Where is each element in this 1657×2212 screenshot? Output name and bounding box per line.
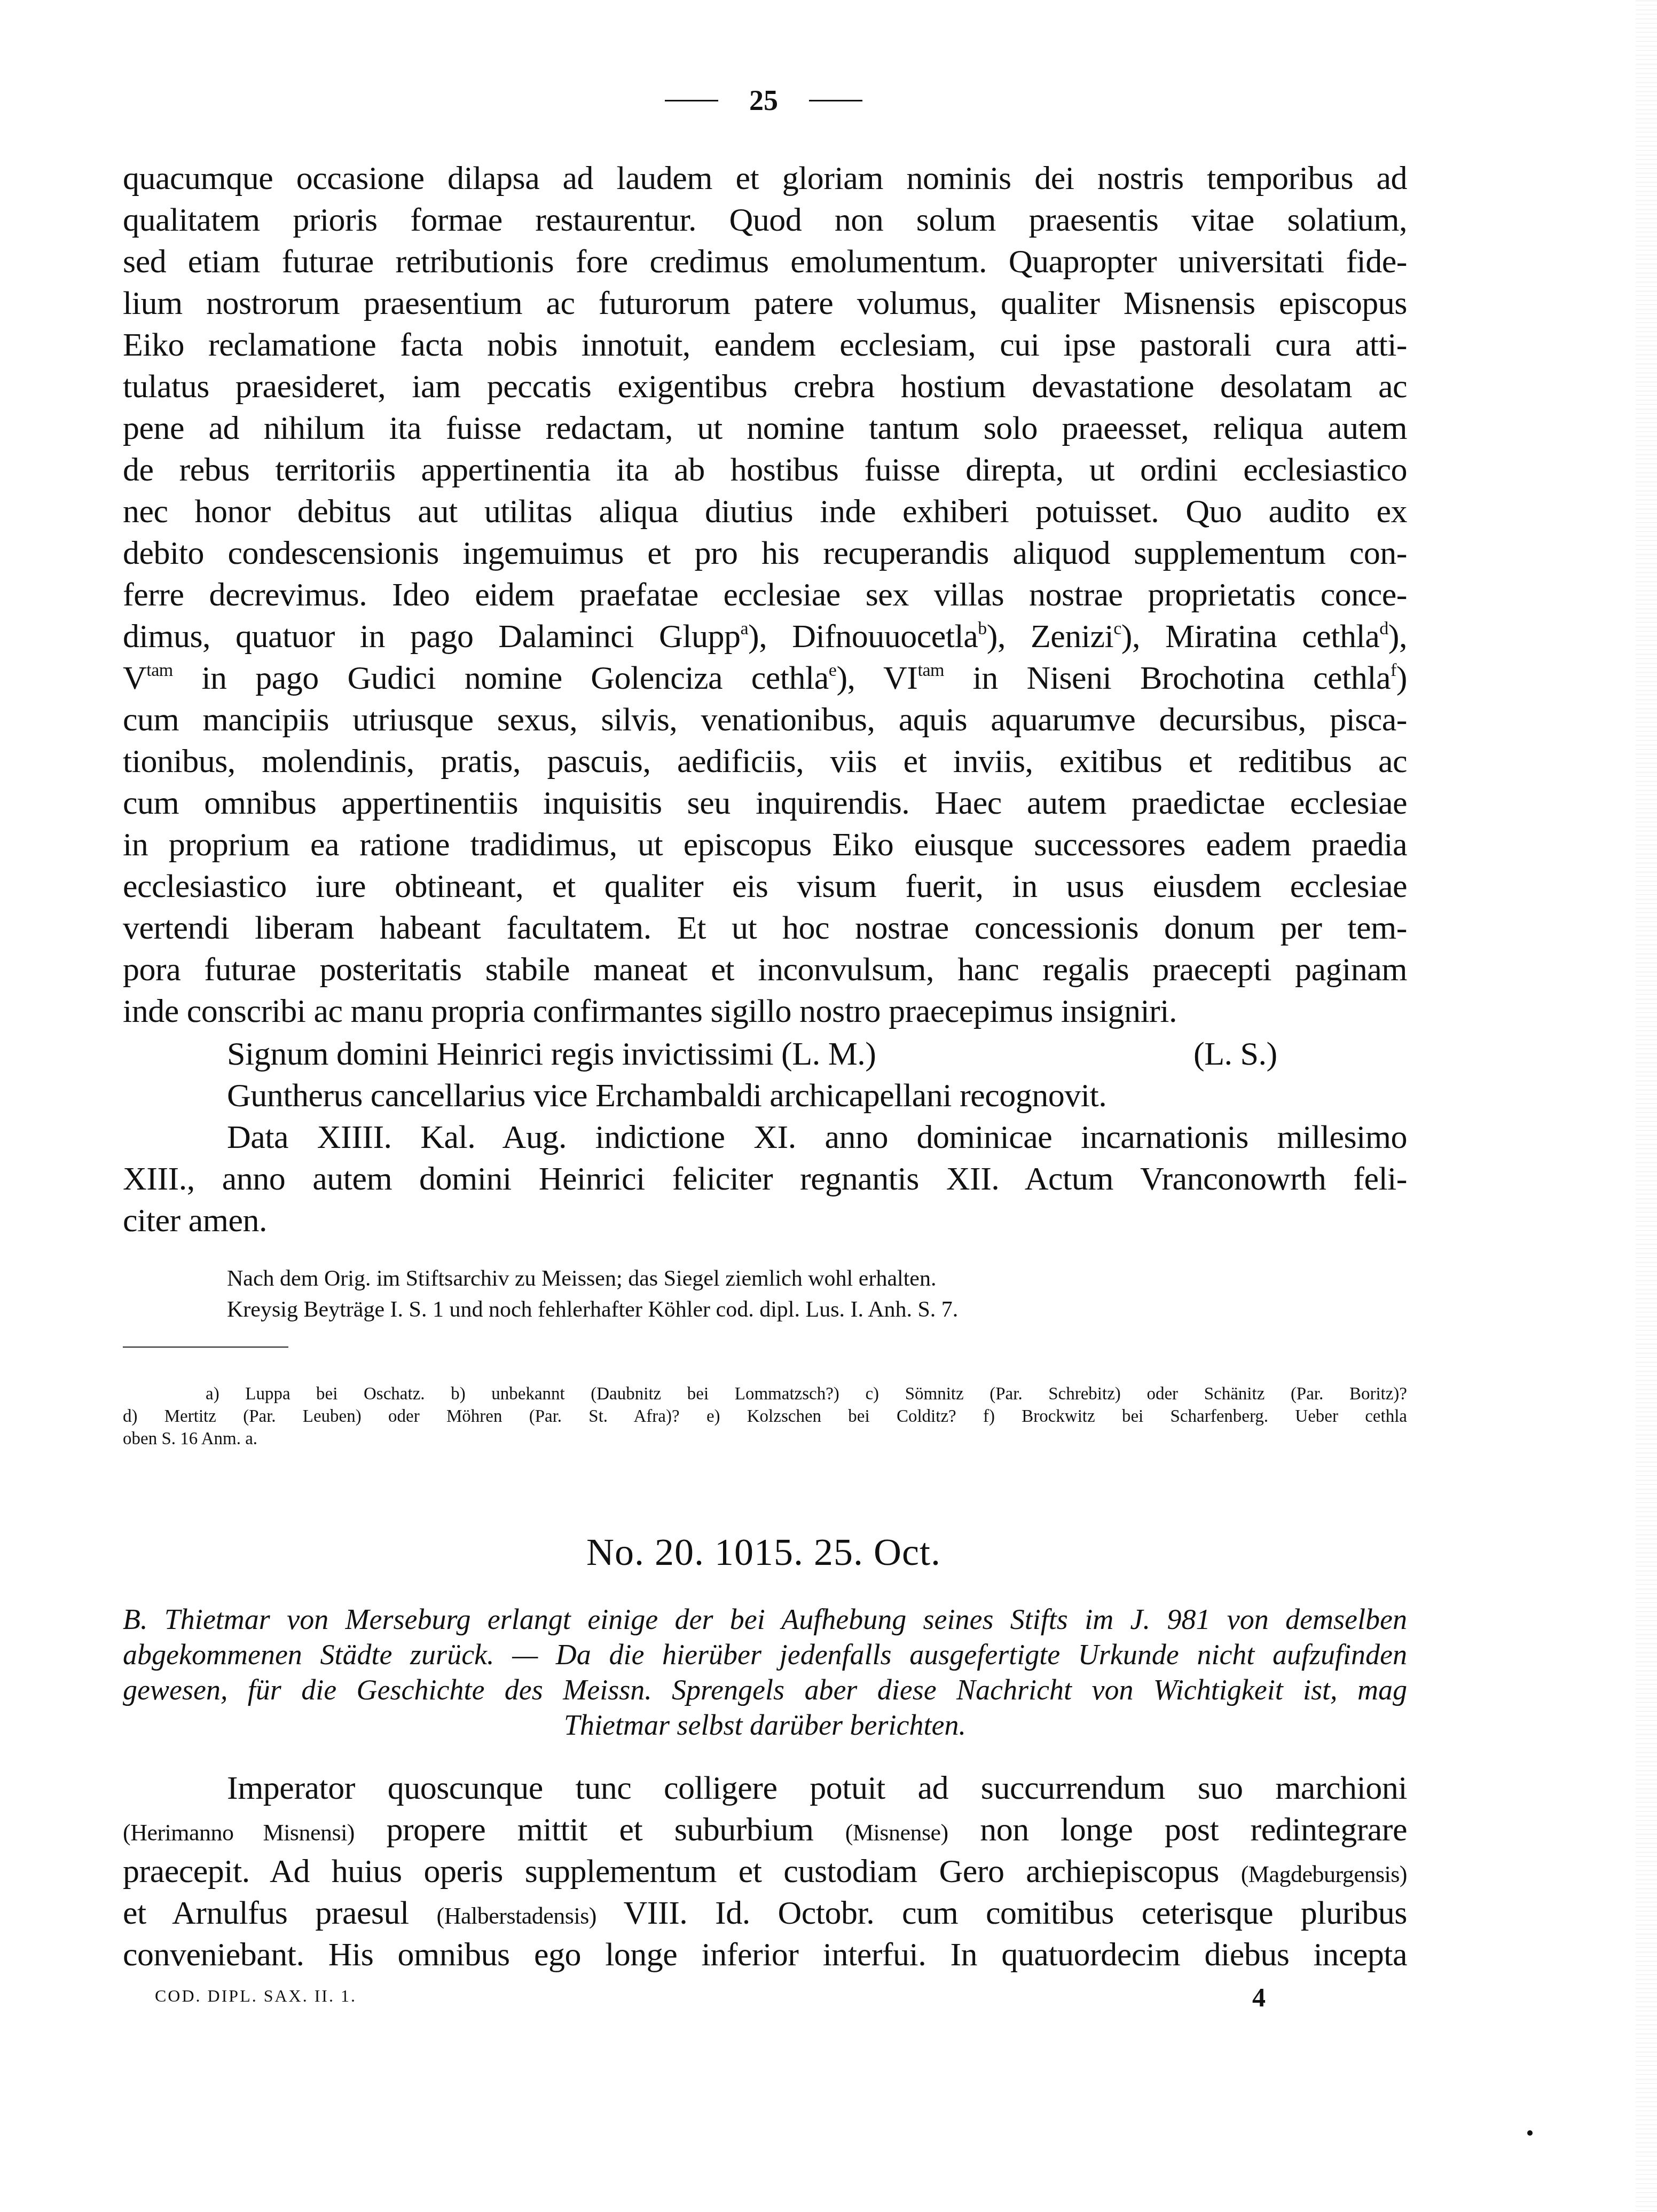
footnote-mark-e[interactable]: e [829, 660, 837, 680]
text-segment: dimus, quatuor in pago Dalaminci Glupp [123, 618, 741, 655]
text-line: pene ad nihilum ita fuisse redactam, ut … [123, 407, 1407, 449]
footnote-line: a) Luppa bei Oschatz. b) unbekannt (Daub… [206, 1383, 1407, 1405]
gloss: (Herimanno Misnensi) [123, 1820, 355, 1846]
text-segment: in pago Gudici nomine Golenciza cethla [173, 660, 829, 696]
villages-line-1: dimus, quatuor in pago Dalaminci Gluppa)… [123, 616, 1407, 657]
text-line: vertendi liberam habeant facultatem. Et … [123, 907, 1407, 949]
text-line: tionibus, molendinis, pratis, pascuis, a… [123, 741, 1407, 782]
gloss: (Halberstadensis) [437, 1903, 596, 1929]
text-line: quacumque occasione dilapsa ad laudem et… [123, 158, 1407, 199]
dating-line: Data XIIII. Kal. Aug. indictione XI. ann… [227, 1116, 1407, 1158]
text-line: cum mancipiis utriusque sexus, silvis, v… [123, 699, 1407, 741]
text-segment: et Arnulfus praesul [123, 1895, 437, 1931]
ordinal-superscript: tam [917, 660, 944, 680]
footnote-mark-a[interactable]: a [741, 619, 749, 639]
text-segment: propere mittit et suburbium [355, 1812, 845, 1848]
text-segment: ), [1388, 618, 1407, 655]
footnote-mark-d[interactable]: d [1379, 619, 1388, 639]
footnote-mark-b[interactable]: b [978, 619, 987, 639]
text-line: in proprium ea ratione tradidimus, ut ep… [123, 824, 1407, 865]
title-prefix: No [586, 1531, 634, 1573]
text-line: Eiko reclamatione facta nobis innotuit, … [123, 324, 1407, 366]
ordinal-superscript: tam [146, 660, 172, 680]
text-line: nec honor debitus aut utilitas aliqua di… [123, 491, 1407, 532]
text-line: de rebus territoriis appertinentia ita a… [123, 449, 1407, 491]
scan-edge-artifact [1636, 0, 1657, 2212]
text-segment: ), Difnouuocetla [748, 618, 978, 655]
text-line: pora futurae posteritatis stabile maneat… [123, 949, 1407, 990]
footnote-mark-c[interactable]: c [1113, 619, 1121, 639]
header-rule-left [665, 100, 718, 101]
text-line: tulatus praesideret, iam peccatis exigen… [123, 366, 1407, 407]
text-segment: V [123, 660, 146, 696]
regest-line: gewesen, für die Geschichte des Meissn. … [123, 1672, 1407, 1707]
body-line: conveniebant. His omnibus ego longe infe… [123, 1934, 1407, 1975]
text-segment: ), Zenizi [987, 618, 1113, 655]
dating-line: citer amen. [123, 1200, 1407, 1241]
page-number: 25 [749, 84, 778, 117]
text-line: lium nostrorum praesentium ac futurorum … [123, 282, 1407, 324]
seal-mark: (L. S.) [1193, 1033, 1407, 1075]
page-header: 25 [635, 79, 892, 122]
text-line: sed etiam futurae retributionis fore cre… [123, 241, 1407, 282]
text-segment: non longe post redintegrare [948, 1812, 1407, 1848]
document-title: No. 20. 1015. 25. Oct. [0, 1528, 1527, 1576]
text-line: cum omnibus appertinentiis inquisitis se… [123, 782, 1407, 824]
header-rule-right [809, 100, 862, 101]
text-line: inde conscribi ac manu propria confirman… [123, 990, 1407, 1032]
body-line: praecepit. Ad huius operis supplementum … [123, 1851, 1407, 1892]
dating-line: XIII., anno autem domini Heinrici felici… [123, 1158, 1407, 1200]
text-line: qualitatem prioris formae restaurentur. … [123, 199, 1407, 241]
villages-line-2: Vtam in pago Gudici nomine Golenciza cet… [123, 657, 1407, 699]
text-line: ecclesiastico iure obtineant, et qualite… [123, 865, 1407, 907]
text-line: ferre decrevimus. Ideo eidem praefatae e… [123, 574, 1407, 616]
body-line: et Arnulfus praesul (Halberstadensis) VI… [123, 1892, 1407, 1934]
gloss: (Magdeburgensis) [1241, 1861, 1407, 1887]
footnote-line: oben S. 16 Anm. a. [123, 1428, 1407, 1450]
title-rest: . 20. 1015. 25. Oct. [634, 1531, 941, 1573]
footnote-line: d) Mertitz (Par. Leuben) oder Möhren (Pa… [123, 1405, 1407, 1428]
text-segment: ) [1396, 660, 1407, 696]
signature-mark: COD. DIPL. SAX. II. 1. [155, 1986, 357, 2006]
body-line: (Herimanno Misnensi) propere mittit et s… [123, 1809, 1407, 1851]
text-segment: VIII. Id. Octobr. cum comitibus ceterisq… [596, 1895, 1407, 1931]
signum-line: Signum domini Heinrici regis invictissim… [227, 1033, 1242, 1075]
text-segment: in Niseni Brochotina cethla [944, 660, 1391, 696]
source-note: Nach dem Orig. im Stiftsarchiv zu Meisse… [227, 1265, 937, 1292]
scan-speck [1527, 2130, 1533, 2136]
footnote-mark-f[interactable]: f [1391, 660, 1396, 680]
regest-line: Thietmar selbst darüber berichten. [123, 1707, 1407, 1743]
text-segment: praecepit. Ad huius operis supplementum … [123, 1853, 1241, 1890]
regest-line: abgekommenen Städte zurück. — Da die hie… [123, 1637, 1407, 1672]
gloss: (Misnense) [845, 1820, 948, 1846]
regest-line: B. Thietmar von Merseburg erlangt einige… [123, 1602, 1407, 1637]
body-line: Imperator quoscunque tunc colligere potu… [227, 1767, 1407, 1809]
text-line: debito condescensionis ingemuimus et pro… [123, 532, 1407, 574]
source-note: Kreysig Beyträge I. S. 1 und noch fehler… [227, 1296, 958, 1323]
signum-text: Signum domini Heinrici regis invictissim… [227, 1036, 876, 1072]
text-segment: ), VI [836, 660, 917, 696]
recognition-line: Guntherus cancellarius vice Erchambaldi … [227, 1075, 1407, 1116]
text-segment: ), Miratina cethla [1121, 618, 1379, 655]
footnote-divider [123, 1347, 288, 1348]
sheet-number: 4 [1252, 1982, 1266, 2013]
